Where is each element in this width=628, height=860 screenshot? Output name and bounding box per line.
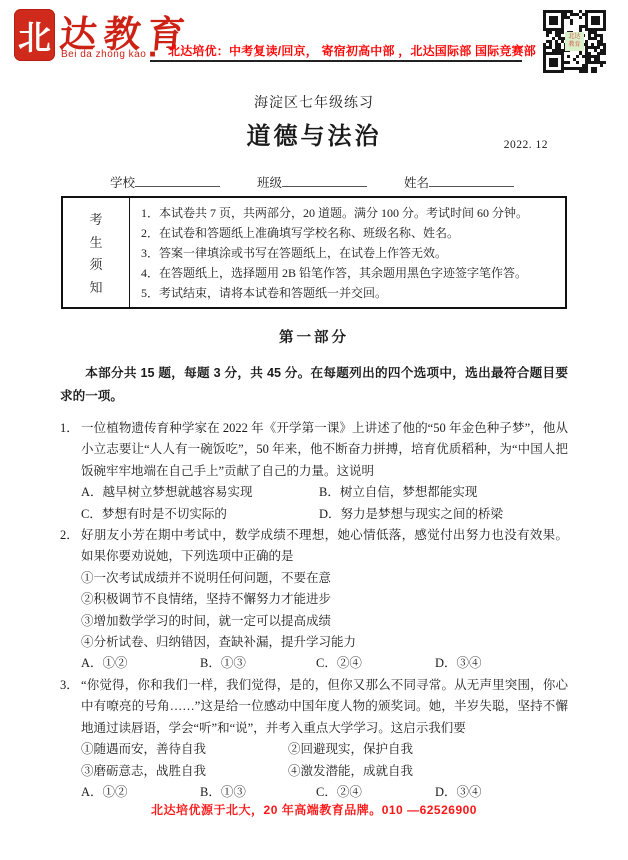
question-stem: 好朋友小芳在期中考试中，数学成绩不理想，她心情低落，感觉付出努力也没有效果。如果… — [81, 525, 568, 568]
examinee-notice-box: 考 生 须 知 1．本试卷共 7 页，共两部分，20 道题。满分 100 分。考… — [61, 196, 567, 309]
school-field: 学校 — [110, 173, 220, 191]
class-label: 班级 — [257, 176, 282, 190]
brand-pinyin-subtext: Bei da zhong kao ■ — [61, 49, 156, 60]
numbered-statements: ①一次考试成绩并不说明任何问题，不要在意 ②积极调节不良情绪，坚持不懈努力才能进… — [81, 568, 568, 654]
part1-heading: 第一部分 — [60, 326, 568, 347]
footer-slogan: 北达培优源于北大，20 年高端教育品牌。010 —62526900 — [0, 801, 628, 818]
exam-title: 道德与法治 — [247, 124, 382, 150]
school-blank-line — [135, 174, 220, 187]
notice-items: 1．本试卷共 7 页，共两部分，20 道题。满分 100 分。考试时间 60 分… — [130, 198, 565, 307]
notice-item: 4．在答题纸上，选择题用 2B 铅笔作答，其余题用黑色字迹签字笔作答。 — [141, 266, 557, 281]
option-b: B．①③ — [200, 653, 316, 674]
question-number: 1． — [60, 418, 79, 439]
student-info-row: 学校 班级 姓名 — [60, 173, 568, 191]
answer-options: A．越早树立梦想就越容易实现 B．树立自信，梦想都能实现 C．梦想有时是不切实际… — [81, 482, 568, 525]
notice-side-char: 考 — [89, 209, 102, 228]
statement-2: ②积极调节不良情绪，坚持不懈努力才能进步 — [81, 589, 568, 610]
name-field: 姓名 — [404, 173, 514, 191]
question-3: 3． “你觉得，你和我们一样，我们觉得，是的，但你又那么不同寻常。从无声里突围，… — [60, 675, 568, 803]
class-blank-line — [282, 174, 367, 187]
notice-side-char: 生 — [89, 232, 102, 251]
notice-side-label: 考 生 须 知 — [63, 198, 130, 307]
statement-2: ②回避现实，保护自我 — [288, 739, 568, 760]
name-blank-line — [429, 174, 514, 187]
answer-options: A．①② B．①③ C．②④ D．③④ — [81, 653, 568, 674]
question-stem: 一位植物遗传育种学家在 2022 年《开学第一课》上讲述了他的“50 年金色种子… — [81, 418, 568, 482]
question-stem: “你觉得，你和我们一样，我们觉得，是的，但你又那么不同寻常。从无声里突围，你心中… — [81, 675, 568, 739]
notice-item: 1．本试卷共 7 页，共两部分，20 道题。满分 100 分。考试时间 60 分… — [141, 206, 557, 221]
question-number: 3． — [60, 675, 79, 696]
option-a: A．越早树立梦想就越容易实现 — [81, 482, 319, 503]
notice-item: 5．考试结束，请将本试卷和答题纸一并交回。 — [141, 286, 557, 301]
exam-paper-page: 北 达教育 Bei da zhong kao ■ 北达培优：中考复读/回京， 寄… — [0, 0, 628, 860]
school-label: 学校 — [110, 176, 135, 190]
exam-date: 2022. 12 — [504, 139, 548, 151]
statement-1: ①随遇而安，善待自我 — [81, 739, 288, 760]
class-field: 班级 — [257, 173, 367, 191]
question-1: 1． 一位植物遗传育种学家在 2022 年《开学第一课》上讲述了他的“50 年金… — [60, 418, 568, 525]
statement-3: ③增加数学学习的时间，就一定可以提高成绩 — [81, 611, 568, 632]
option-a: A．①② — [81, 653, 200, 674]
statement-4: ④激发潜能，成就自我 — [288, 761, 568, 782]
header-slogan: 北达培优：中考复读/回京， 寄宿初高中部 ，北达国际部 国际竞赛部 — [168, 42, 520, 59]
option-c: C．②④ — [316, 653, 435, 674]
notice-item: 2．在试卷和答题纸上准确填写学校名称、班级名称、姓名。 — [141, 226, 557, 241]
question-number: 2． — [60, 525, 79, 546]
statement-1: ①一次考试成绩并不说明任何问题，不要在意 — [81, 568, 568, 589]
statement-4: ④分析试卷、归纳错因，查缺补漏，提升学习能力 — [81, 632, 568, 653]
name-label: 姓名 — [404, 176, 429, 190]
statement-3: ③磨砺意志，战胜自我 — [81, 761, 288, 782]
option-c: C．梦想有时是不切实际的 — [81, 504, 319, 525]
numbered-statements: ①随遇而安，善待自我 ②回避现实，保护自我 ③磨砺意志，战胜自我 ④激发潜能，成… — [81, 739, 568, 782]
notice-side-char: 知 — [89, 277, 102, 296]
option-b: B．树立自信，梦想都能实现 — [319, 482, 568, 503]
exam-subtitle: 海淀区七年级练习 — [60, 92, 568, 112]
qr-center-label: 北达 教育 — [565, 32, 584, 51]
notice-item: 3．答案一律填涂或书写在答题纸上，在试卷上作答无效。 — [141, 246, 557, 261]
question-list: 1． 一位植物遗传育种学家在 2022 年《开学第一课》上讲述了他的“50 年金… — [60, 418, 568, 803]
notice-side-char: 须 — [89, 254, 102, 273]
brand-seal-icon: 北 — [14, 9, 55, 61]
option-d: D．③④ — [435, 653, 568, 674]
header-divider — [150, 60, 522, 62]
option-d: D．努力是梦想与现实之间的桥梁 — [319, 504, 568, 525]
title-row: 道德与法治 2022. 12 — [60, 116, 568, 151]
qr-code: 北达 教育 — [541, 8, 608, 75]
part1-instructions: 本部分共 15 题，每题 3 分，共 45 分。在每题列出的四个选项中，选出最符… — [60, 362, 568, 408]
question-2: 2． 好朋友小芳在期中考试中，数学成绩不理想，她心情低落，感觉付出努力也没有效果… — [60, 525, 568, 675]
